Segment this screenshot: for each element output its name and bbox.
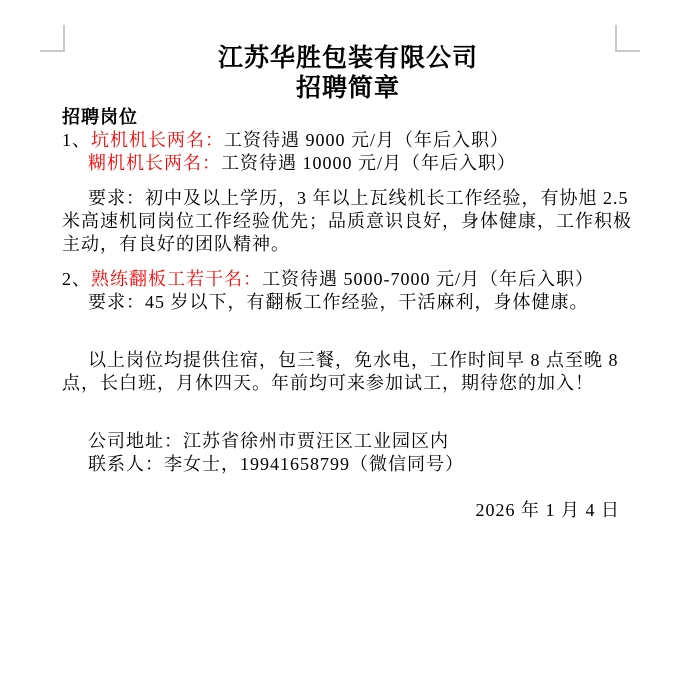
section-heading: 招聘岗位 — [62, 106, 634, 129]
text-segment: 2、 — [62, 269, 91, 289]
text-segment: 工资待遇 9000 元/月（年后入职） — [224, 130, 509, 150]
document-line: 要求：45 岁以下，有翻板工作经验，干活麻利，身体健康。 — [62, 291, 634, 314]
document-line: 以上岗位均提供住宿，包三餐，免水电，工作时间早 8 点至晚 8 — [62, 349, 634, 372]
blank-line — [62, 476, 634, 499]
document-content: 江苏华胜包装有限公司 招聘简章 招聘岗位 1、坑机机长两名：工资待遇 9000 … — [62, 44, 634, 522]
text-segment: 以上岗位均提供住宿，包三餐，免水电，工作时间早 8 点至晚 8 — [88, 350, 619, 370]
text-segment: 主动，有良好的团队精神。 — [62, 234, 290, 254]
document-title-line2: 招聘简章 — [62, 74, 634, 104]
text-segment: 2026 年 1 月 4 日 — [476, 500, 621, 520]
document-line: 1、坑机机长两名：工资待遇 9000 元/月（年后入职） — [62, 129, 634, 152]
document-title-line1: 江苏华胜包装有限公司 — [62, 44, 634, 74]
blank-line — [62, 395, 634, 418]
document-line: 2、熟练翻板工若干名：工资待遇 5000-7000 元/月（年后入职） — [62, 268, 634, 291]
document-line: 米高速机同岗位工作经验优先；品质意识良好，身体健康，工作积极 — [62, 210, 634, 233]
document-line: 点，长白班，月休四天。年前均可来参加试工，期待您的加入！ — [62, 372, 634, 395]
text-segment: 公司地址：江苏省徐州市贾汪区工业园区内 — [88, 431, 449, 451]
document-page: 江苏华胜包装有限公司 招聘简章 招聘岗位 1、坑机机长两名：工资待遇 9000 … — [0, 0, 696, 685]
document-line: 2026 年 1 月 4 日 — [62, 499, 634, 522]
document-body: 1、坑机机长两名：工资待遇 9000 元/月（年后入职）糊机机长两名：工资待遇 … — [62, 129, 634, 522]
text-segment: 1、 — [62, 130, 91, 150]
document-line: 糊机机长两名：工资待遇 10000 元/月（年后入职） — [62, 152, 634, 175]
document-line: 联系人：李女士，19941658799（微信同号） — [62, 453, 634, 476]
highlighted-text-segment: 糊机机长两名： — [88, 153, 221, 173]
text-segment: 米高速机同岗位工作经验优先；品质意识良好，身体健康，工作积极 — [62, 211, 632, 231]
document-line: 主动，有良好的团队精神。 — [62, 233, 634, 256]
text-segment: 工资待遇 10000 元/月（年后入职） — [221, 153, 516, 173]
text-segment: 要求：初中及以上学历，3 年以上瓦线机长工作经验，有协旭 2.5 — [88, 188, 629, 208]
blank-line — [62, 314, 634, 337]
document-line: 公司地址：江苏省徐州市贾汪区工业园区内 — [62, 430, 634, 453]
text-segment: 工资待遇 5000-7000 元/月（年后入职） — [262, 269, 594, 289]
document-line: 要求：初中及以上学历，3 年以上瓦线机长工作经验，有协旭 2.5 — [62, 187, 634, 210]
text-segment: 联系人：李女士，19941658799（微信同号） — [88, 454, 464, 474]
text-segment: 要求：45 岁以下，有翻板工作经验，干活麻利，身体健康。 — [88, 292, 589, 312]
highlighted-text-segment: 坑机机长两名： — [91, 130, 224, 150]
text-segment: 点，长白班，月休四天。年前均可来参加试工，期待您的加入！ — [62, 373, 594, 393]
highlighted-text-segment: 熟练翻板工若干名： — [91, 269, 262, 289]
